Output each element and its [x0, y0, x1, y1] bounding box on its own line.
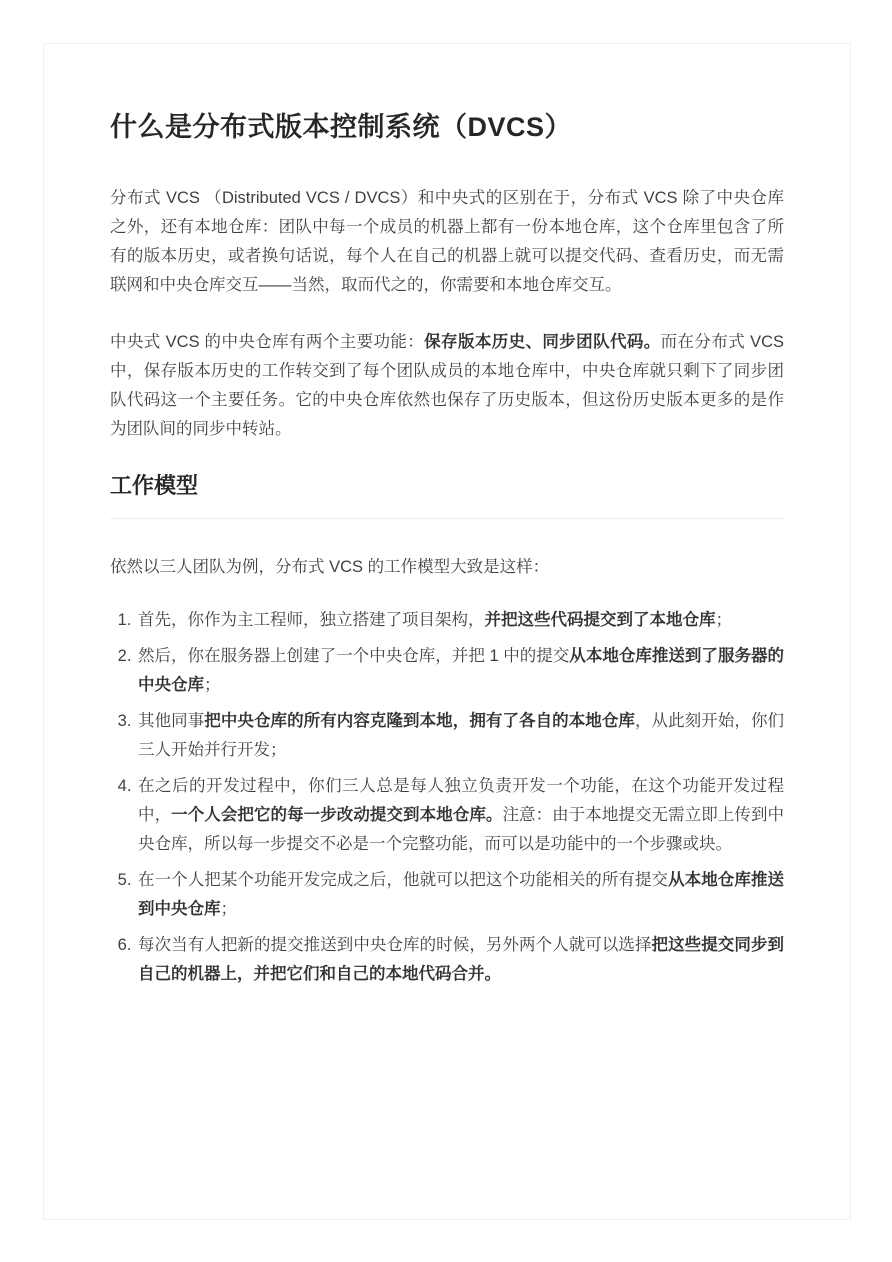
section-heading-work-model: 工作模型 [110, 472, 784, 500]
article-title: 什么是分布式版本控制系统（DVCS） [110, 110, 784, 144]
section-divider [110, 518, 784, 519]
text-run: ； [204, 676, 221, 694]
text-run: 每次当有人把新的提交推送到中央仓库的时候，另外两个人就可以选择 [138, 936, 652, 954]
text-run: 分布式 VCS （Distributed VCS / DVCS）和中央式的区别在… [110, 189, 784, 294]
work-model-step-1: 首先，你作为主工程师，独立搭建了项目架构，并把这些代码提交到了本地仓库； [136, 606, 784, 635]
text-run: ； [716, 611, 733, 629]
page-card: 什么是分布式版本控制系统（DVCS） 分布式 VCS （Distributed … [43, 43, 851, 1220]
section-lead: 依然以三人团队为例，分布式 VCS 的工作模型大致是这样： [110, 553, 784, 582]
bold-text-run: 把中央仓库的所有内容克隆到本地，拥有了各自的本地仓库 [204, 712, 635, 730]
work-model-step-3: 其他同事把中央仓库的所有内容克隆到本地，拥有了各自的本地仓库，从此刻开始，你们三… [136, 707, 784, 765]
text-run: 然后，你在服务器上创建了一个中央仓库，并把 1 中的提交 [138, 647, 569, 665]
article: 什么是分布式版本控制系统（DVCS） 分布式 VCS （Distributed … [44, 44, 850, 989]
work-model-step-5: 在一个人把某个功能开发完成之后，他就可以把这个功能相关的所有提交从本地仓库推送到… [136, 866, 784, 924]
work-model-step-4: 在之后的开发过程中，你们三人总是每人独立负责开发一个功能，在这个功能开发过程中，… [136, 772, 784, 859]
text-run: 在一个人把某个功能开发完成之后，他就可以把这个功能相关的所有提交 [138, 871, 668, 889]
work-model-steps: 首先，你作为主工程师，独立搭建了项目架构，并把这些代码提交到了本地仓库； 然后，… [110, 606, 784, 989]
work-model-step-6: 每次当有人把新的提交推送到中央仓库的时候，另外两个人就可以选择把这些提交同步到自… [136, 931, 784, 989]
bold-text-run: 并把这些代码提交到了本地仓库 [485, 611, 716, 629]
text-run: 其他同事 [138, 712, 204, 730]
work-model-step-2: 然后，你在服务器上创建了一个中央仓库，并把 1 中的提交从本地仓库推送到了服务器… [136, 642, 784, 700]
text-run: ； [221, 900, 238, 918]
text-run: 中央式 VCS 的中央仓库有两个主要功能： [110, 333, 424, 351]
intro-paragraph-1: 分布式 VCS （Distributed VCS / DVCS）和中央式的区别在… [110, 184, 784, 300]
intro-paragraph-2: 中央式 VCS 的中央仓库有两个主要功能：保存版本历史、同步团队代码。而在分布式… [110, 328, 784, 444]
bold-text-run: 一个人会把它的每一步改动提交到本地仓库。 [171, 806, 502, 824]
text-run: 首先，你作为主工程师，独立搭建了项目架构， [138, 611, 485, 629]
bold-text-run: 保存版本历史、同步团队代码。 [424, 333, 660, 351]
